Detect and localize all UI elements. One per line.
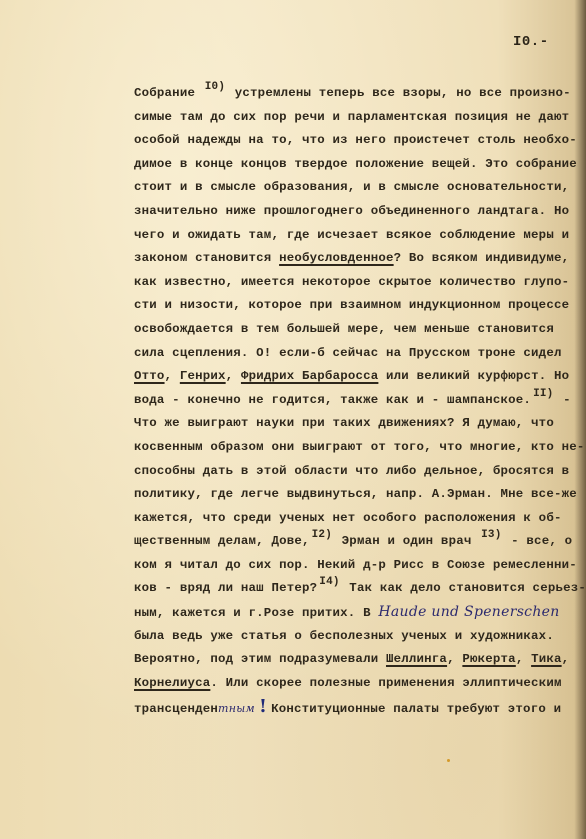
footnote-marker: I2) <box>312 529 332 541</box>
text-segment: - все, о <box>504 534 573 548</box>
handwritten-insertion: тным <box>218 702 255 715</box>
text-segment: освобождается в тем большей мере, чем ме… <box>134 322 554 336</box>
text-line: Что же выиграют науки при таких движения… <box>134 412 564 436</box>
text-segment: , <box>562 652 570 666</box>
text-line: значительно ниже прошлогоднего объединен… <box>134 200 564 224</box>
page-number: I0.- <box>513 34 549 50</box>
footnote-marker: I0) <box>205 81 225 93</box>
text-segment: ком я читал до сих пор. Некий д-р Рисс в… <box>134 558 577 572</box>
text-line: щественным делам, Дове,I2) Эрман и один … <box>134 530 564 554</box>
text-line: Вероятно, под этим подразумевали Шеллинг… <box>134 648 564 672</box>
text-segment: Вероятно, под этим подразумевали <box>134 652 386 666</box>
footnote-marker: I4) <box>319 576 339 588</box>
text-line: как известно, имеется некоторое скрытое … <box>134 271 564 295</box>
text-segment: чего и ожидать там, где исчезает всякое … <box>134 228 569 242</box>
text-segment: , <box>165 369 180 383</box>
text-segment: - <box>555 393 570 407</box>
document-page: I0.- Собрание I0) устремлены теперь все … <box>0 0 586 839</box>
text-segment: кажется, что среди ученых нет особого ра… <box>134 511 562 525</box>
underlined-name: Фридрих Барбаросса <box>241 369 378 383</box>
underlined-name: Корнелиуса <box>134 676 210 690</box>
text-segment: щественным делам, Дове, <box>134 534 310 548</box>
text-line: Собрание I0) устремлены теперь все взоры… <box>134 82 564 106</box>
text-segment: значительно ниже прошлогоднего объединен… <box>134 204 569 218</box>
text-segment: законом становится <box>134 251 279 265</box>
text-segment: косвенным образом они выиграют от того, … <box>134 440 585 454</box>
text-line: Корнелиуса. Или скорее полезные применен… <box>134 672 564 696</box>
text-segment: димое в конце концов твердое положение в… <box>134 157 577 171</box>
text-segment: симые там до сих пор речи и парламентска… <box>134 110 569 124</box>
footnote-marker: I3) <box>481 529 501 541</box>
text-line: вода - конечно не годится, также как и -… <box>134 389 564 413</box>
text-line: Отто, Генрих, Фридрих Барбаросса или вел… <box>134 365 564 389</box>
paper-speck <box>447 759 450 762</box>
text-line: стоит и в смысле образования, и в смысле… <box>134 176 564 200</box>
text-segment: политику, где легче выдвинуться, напр. А… <box>134 487 577 501</box>
text-line: косвенным образом они выиграют от того, … <box>134 436 564 460</box>
handwritten-insertion: Haude und Spenerschen <box>378 604 559 620</box>
text-segment: Собрание <box>134 86 203 100</box>
text-segment: ? Во всяком индивидуме, <box>394 251 570 265</box>
text-segment: Что же выиграют науки при таких движения… <box>134 416 554 430</box>
text-segment: особой надежды на то, что из него проист… <box>134 133 577 147</box>
typewritten-body: Собрание I0) устремлены теперь все взоры… <box>134 82 564 719</box>
text-line: освобождается в тем большей мере, чем ме… <box>134 318 564 342</box>
text-line: симые там до сих пор речи и парламентска… <box>134 106 564 130</box>
text-segment: , <box>447 652 462 666</box>
text-segment: ков - вряд ли наш Петер? <box>134 581 317 595</box>
underlined-name: Отто <box>134 369 165 383</box>
text-line: способны дать в этой области что либо де… <box>134 460 564 484</box>
text-segment: ным, кажется и г.Розе притих. В <box>134 606 378 620</box>
underlined-name: необусловденное <box>279 251 394 265</box>
text-line: политику, где легче выдвинуться, напр. А… <box>134 483 564 507</box>
underlined-name: Генрих <box>180 369 226 383</box>
text-segment: трансценден <box>134 702 218 716</box>
text-segment: Так как дело становится серьез- <box>342 581 586 595</box>
text-line: законом становится необусловденное? Во в… <box>134 247 564 271</box>
text-segment: была ведь уже статья о бесполезных учены… <box>134 629 554 643</box>
text-line: чего и ожидать там, где исчезает всякое … <box>134 224 564 248</box>
text-line: ков - вряд ли наш Петер?I4) Так как дело… <box>134 577 564 601</box>
underlined-name: Тика <box>531 652 562 666</box>
handwritten-exclamation-mark: ! <box>259 696 267 717</box>
text-line: ным, кажется и г.Розе притих. В Haude un… <box>134 601 564 625</box>
text-segment: стоит и в смысле образования, и в смысле… <box>134 180 569 194</box>
text-segment: , <box>226 369 241 383</box>
text-line: ком я читал до сих пор. Некий д-р Рисс в… <box>134 554 564 578</box>
underlined-name: Шеллинга <box>386 652 447 666</box>
text-segment: вода - конечно не годится, также как и -… <box>134 393 531 407</box>
text-line: была ведь уже статья о бесполезных учены… <box>134 625 564 649</box>
text-segment: Конституционные палаты требуют этого и <box>271 702 561 716</box>
text-line: особой надежды на то, что из него проист… <box>134 129 564 153</box>
text-line: димое в конце концов твердое положение в… <box>134 153 564 177</box>
text-line: кажется, что среди ученых нет особого ра… <box>134 507 564 531</box>
text-segment: способны дать в этой области что либо де… <box>134 464 569 478</box>
text-segment: . Или скорее полезные применения эллипти… <box>210 676 561 690</box>
text-segment: как известно, имеется некоторое скрытое … <box>134 275 569 289</box>
text-segment: или великий курфюрст. Но <box>378 369 569 383</box>
text-segment: устремлены теперь все взоры, но все прои… <box>227 86 571 100</box>
text-line: сти и низости, которое при взаимном инду… <box>134 294 564 318</box>
text-line: сила сцепления. О! если-б сейчас на Прус… <box>134 342 564 366</box>
text-segment: сила сцепления. О! если-б сейчас на Прус… <box>134 346 562 360</box>
footnote-marker: II) <box>533 388 553 400</box>
text-segment: Эрман и один врач <box>334 534 479 548</box>
text-line: трансцендентным!Конституционные палаты т… <box>134 695 564 719</box>
text-segment: , <box>516 652 531 666</box>
text-segment: сти и низости, которое при взаимном инду… <box>134 298 569 312</box>
underlined-name: Рюкерта <box>462 652 515 666</box>
